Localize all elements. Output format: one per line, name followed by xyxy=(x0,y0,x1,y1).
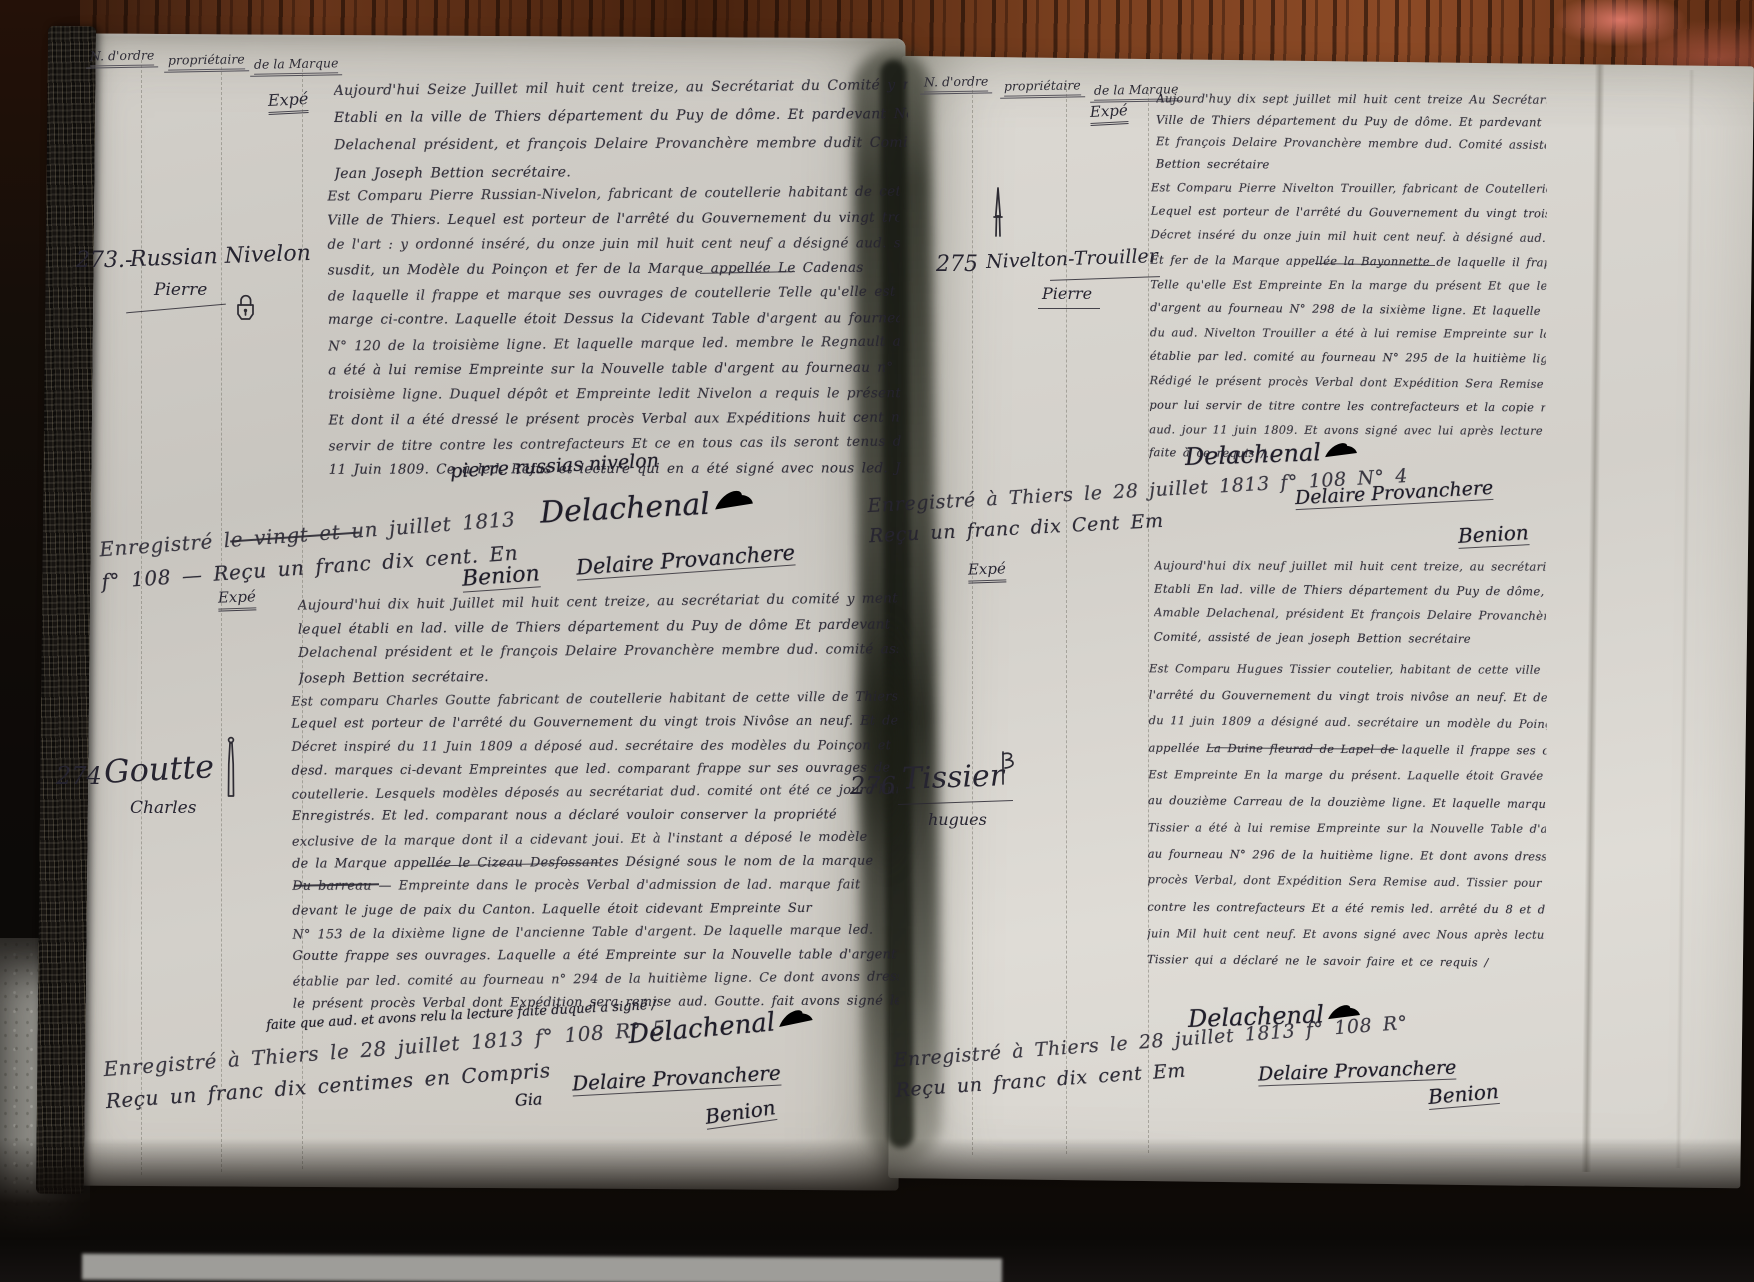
manuscript-line: troisième ligne. Duquel dépôt et Emprein… xyxy=(328,381,900,407)
entry-276-firstname: hugues xyxy=(928,810,987,829)
manuscript-line: Etabli En lad. ville de Thiers départeme… xyxy=(1154,577,1546,604)
signature-benion: Benion xyxy=(1457,520,1529,549)
manuscript-line: au douzième Carreau de la douzième ligne… xyxy=(1148,787,1546,817)
manuscript-line: Est Empreinte En la marge du présent. La… xyxy=(1148,761,1546,789)
entry-273-firstname: Pierre xyxy=(154,280,207,300)
column-rule xyxy=(972,80,973,1155)
act-275-body: Est Comparu Pierre Nivelton Trouiller, f… xyxy=(1149,175,1547,468)
manuscript-line: du aud. Nivelton Trouiller a été à lui r… xyxy=(1150,321,1546,347)
manuscript-line: au fourneau N° 296 de la huitième ligne.… xyxy=(1148,840,1546,869)
manuscript-line: Et françois Delaire Provanchère membre d… xyxy=(1156,130,1546,156)
manuscript-line: d'argent au fourneau N° 298 de la sixièm… xyxy=(1150,295,1546,323)
manuscript-line: Lequel est porteur de l'arrêté du Gouver… xyxy=(291,710,897,736)
column-header-owner: propriétaire xyxy=(1000,77,1085,98)
act-273-body: Est Comparu Pierre Russian-Nivelon, fabr… xyxy=(327,181,901,484)
manuscript-line: Tissier qui a déclaré ne le savoir faire… xyxy=(1147,946,1545,976)
manuscript-line: de l'art : y ordonné inséré, du onze jui… xyxy=(328,231,900,257)
entry-273-number: 273.- xyxy=(76,248,132,273)
manuscript-line: Amable Delachenal, président Et françois… xyxy=(1154,600,1546,628)
manuscript-line: Ville de Thiers. Lequel est porteur de l… xyxy=(327,206,899,234)
chisel-icon xyxy=(224,736,238,804)
photo-of-register: N. d'ordre propriétaire de la Marque Exp… xyxy=(0,0,1754,1282)
manuscript-line: Décret inspiré du 11 Juin 1809 a déposé … xyxy=(291,734,897,759)
entry-274-surname: Goutte xyxy=(103,747,215,791)
column-header-owner: propriétaire xyxy=(164,51,249,72)
entry-274-number: 274 xyxy=(56,762,102,790)
manuscript-line: Rédigé le présent procès Verbal dont Exp… xyxy=(1149,368,1545,396)
manuscript-line: de laquelle il frappe et marque ses ouvr… xyxy=(328,280,900,310)
manuscript-line: Telle qu'elle Est Empreinte En la marge … xyxy=(1150,272,1546,298)
manuscript-line: Tissier a été à lui remise Empreinte sur… xyxy=(1148,814,1546,842)
signature-paraph-icon xyxy=(776,1004,817,1038)
signature-benion: Benion xyxy=(461,561,540,592)
act-276-body: Est Comparu Hugues Tissier coutelier, ha… xyxy=(1147,655,1547,976)
dispatch-note: Expé xyxy=(267,89,309,115)
manuscript-line: Goutte frappe ses ouvrages. Laquelle a é… xyxy=(293,943,899,968)
entry-275-number: 275 xyxy=(936,252,978,277)
act-275-intro: Aujourd'huy dix sept juillet mil huit ce… xyxy=(1156,87,1547,178)
column-header-order: N. d'ordre xyxy=(920,73,993,94)
manuscript-line: pour lui servir de titre contre les cont… xyxy=(1149,392,1545,419)
dispatch-note: Expé xyxy=(968,559,1007,583)
column-rule xyxy=(1066,84,1067,1154)
manuscript-line: Comité, assisté de jean joseph Bettion s… xyxy=(1154,625,1546,652)
manuscript-line: Aujourd'huy dix sept juillet mil huit ce… xyxy=(1156,87,1546,110)
manuscript-line: a été à lui remise Empreinte sur la Nouv… xyxy=(328,356,900,384)
manuscript-line: Est Comparu Hugues Tissier coutelier, ha… xyxy=(1149,655,1547,683)
manuscript-line: Aujourd'hui dix neuf juillet mil huit ce… xyxy=(1154,553,1546,578)
manuscript-line: l'arrêté du Gouvernement du vingt trois … xyxy=(1149,681,1547,710)
manuscript-line: Delachenal président, et françois Delair… xyxy=(334,129,908,160)
manuscript-line: Bettion secrétaire xyxy=(1156,153,1546,178)
manuscript-line: Etabli en la ville de Thiers département… xyxy=(334,100,908,132)
signature-text: Delachenal xyxy=(539,487,711,531)
entry-276-number: 276 xyxy=(850,772,896,800)
manuscript-line: Ville de Thiers département du Puy de dô… xyxy=(1156,109,1546,134)
bayonet-icon xyxy=(990,186,1006,244)
signature-paraph-icon xyxy=(711,485,757,523)
act-273-intro: Aujourd'hui Seize Juillet mil huit cent … xyxy=(334,72,909,188)
act-276-intro: Aujourd'hui dix neuf juillet mil huit ce… xyxy=(1154,553,1547,652)
name-flourish xyxy=(1038,308,1100,309)
pennant-icon xyxy=(998,750,1018,790)
manuscript-line: Enregistrés. Et led. comparant nous a dé… xyxy=(292,804,898,829)
column-header-mark: de la Marque xyxy=(250,55,343,77)
manuscript-line: établie par led. comité au fourneau N° 2… xyxy=(1150,344,1546,371)
entry-276-surname: Tissier xyxy=(901,758,1004,797)
column-header-order: N. d'ordre xyxy=(86,47,159,68)
dispatch-note: Expé xyxy=(1089,101,1128,126)
act-274-intro: Aujourd'hui dix huit Juillet mil huit ce… xyxy=(298,587,899,690)
column-rule xyxy=(141,60,142,1175)
signature-paraph: Gia xyxy=(515,1089,543,1109)
padlock-icon xyxy=(234,292,257,327)
entry-275-firstname: Pierre xyxy=(1042,284,1092,303)
act-274-body: Est comparu Charles Goutte fabricant de … xyxy=(291,686,899,1015)
manuscript-line: Et fer de la Marque appellée la Bayonnet… xyxy=(1150,247,1546,274)
manuscript-line: contre les contrefacteurs Et a été remis… xyxy=(1147,893,1545,922)
manuscript-line: marge ci-contre. Laquelle étoit Dessus l… xyxy=(328,306,900,332)
entry-274-firstname: Charles xyxy=(130,798,196,818)
manuscript-line: Est Comparu Pierre Nivelton Trouiller, f… xyxy=(1151,175,1547,201)
manuscript-line: Décret inséré du onze juin mil huit cent… xyxy=(1150,223,1546,251)
signature-paraph-icon xyxy=(1322,438,1359,467)
manuscript-line: juin Mil huit cent neuf. Et avons signé … xyxy=(1147,920,1545,948)
floor-strip xyxy=(82,1254,1002,1282)
manuscript-line: Du barreau — Empreinte dans le procès Ve… xyxy=(292,874,898,899)
dispatch-note: Expé xyxy=(218,587,257,611)
manuscript-line: du 11 juin 1809 a désigné aud. secrétair… xyxy=(1149,707,1547,737)
manuscript-line: procès Verbal, dont Expédition Sera Remi… xyxy=(1147,866,1545,896)
column-rule xyxy=(221,62,222,1172)
